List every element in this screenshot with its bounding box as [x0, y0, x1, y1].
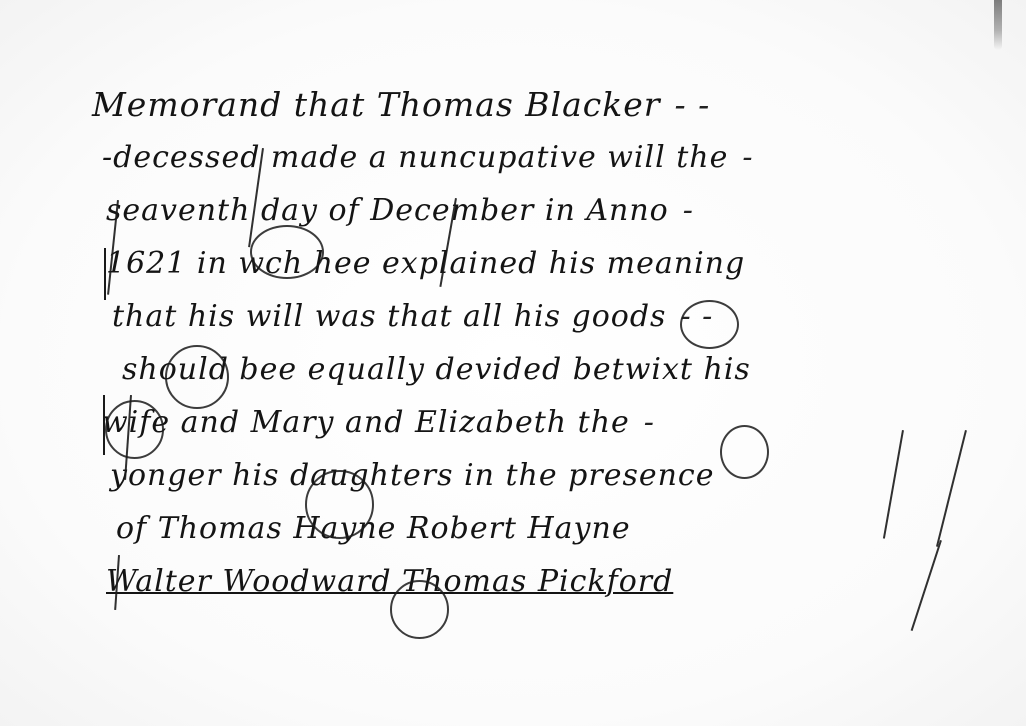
line-text: yonger his daughters in the presence: [110, 449, 714, 502]
left-margin-bracket: [103, 395, 105, 455]
descender-loop-flourish: [720, 425, 769, 479]
descender-loop-flourish: [680, 300, 739, 349]
descender-loop-flourish: [105, 400, 164, 459]
line-filler: -: [683, 193, 694, 228]
manuscript-line-8: yonger his daughters in the presence: [92, 449, 972, 502]
line-text: 1621 in wch hee explained his meaning: [106, 237, 745, 290]
line-filler: -: [644, 405, 655, 440]
line-text: seaventh day of December in Anno: [106, 184, 669, 237]
manuscript-line-5: that his will was that all his goods- -: [92, 290, 972, 343]
manuscript-text-block: Memorand that Thomas Blacker- - -decesse…: [92, 78, 972, 608]
line-text: that his will was that all his goods: [112, 290, 666, 343]
manuscript-line-3: seaventh day of December in Anno-: [92, 184, 972, 237]
line-text: Memorand that Thomas Blacker: [92, 78, 661, 131]
manuscript-line-2: -decessed made a nuncupative will the-: [92, 131, 972, 184]
descender-loop-flourish: [390, 580, 449, 639]
manuscript-line-7: wife and Mary and Elizabeth the-: [92, 396, 972, 449]
descender-loop-flourish: [250, 225, 324, 279]
descender-loop-flourish: [305, 470, 374, 539]
left-margin-bracket: [104, 248, 106, 300]
manuscript-line-4: 1621 in wch hee explained his meaning: [92, 237, 972, 290]
descender-loop-flourish: [165, 345, 229, 409]
manuscript-line-9: of Thomas Hayne Robert Hayne: [92, 502, 972, 555]
manuscript-page: Memorand that Thomas Blacker- - -decesse…: [0, 0, 1026, 726]
manuscript-line-10: Walter Woodward Thomas Pickford: [92, 555, 972, 608]
line-text: Walter Woodward Thomas Pickford: [106, 555, 673, 608]
line-text: -decessed made a nuncupative will the: [102, 131, 728, 184]
line-filler: -: [742, 140, 753, 175]
manuscript-line-1: Memorand that Thomas Blacker- -: [92, 78, 972, 131]
line-filler: - -: [675, 85, 711, 124]
paper-edge-mark: [994, 0, 1002, 50]
